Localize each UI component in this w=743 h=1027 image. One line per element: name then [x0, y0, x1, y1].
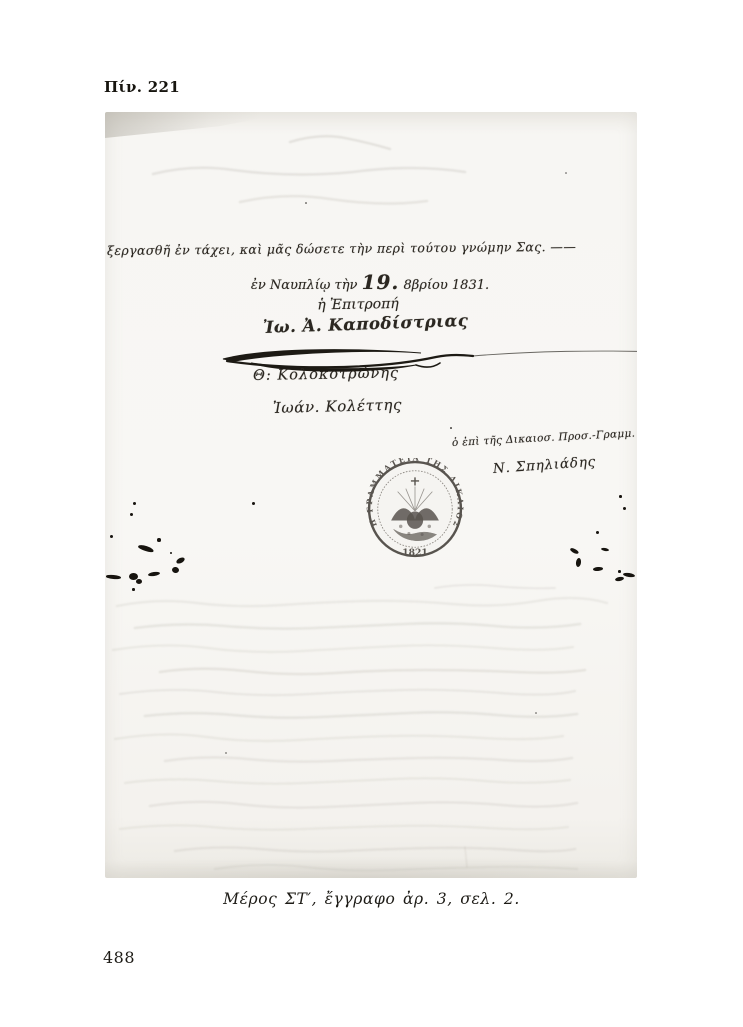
dateline-place: ἐν Ναυπλίῳ τὴν: [251, 278, 358, 293]
ink-blot: [623, 507, 626, 510]
ink-blot: [170, 552, 172, 554]
ink-blot: [305, 202, 307, 204]
ink-blot: [596, 531, 599, 534]
ink-blot: [136, 579, 142, 584]
ink-blot: [252, 502, 255, 505]
ink-blot: [110, 535, 113, 538]
ink-blot: [565, 172, 567, 174]
book-page: Πίν. 221: [0, 0, 743, 1027]
handwriting-signatory-title: ἡ Ἐπιτροπή: [283, 295, 433, 314]
handwriting-dateline: ἐν Ναυπλίῳ τὴν 19. 8βρίου 1831.: [233, 270, 507, 294]
dateline-month-year: 8βρίου 1831.: [404, 278, 490, 293]
dateline-day: 19.: [362, 270, 400, 294]
ink-blot: [535, 712, 537, 714]
photo-caption: Μέρος ΣΤ′, ἔγγραφο ἀρ. 3, σελ. 2.: [0, 890, 743, 908]
member-signature-1: Θ: Κολοκοτρώνης: [253, 365, 418, 384]
ink-blot: [132, 588, 135, 591]
ink-blot: [157, 538, 161, 542]
ink-blot: [133, 502, 136, 505]
seal-year: 1821: [402, 547, 428, 558]
page-number: 488: [103, 948, 135, 967]
ink-blot: [225, 752, 227, 754]
plate-label: Πίν. 221: [104, 78, 180, 96]
ink-blot: [130, 513, 133, 516]
document-photo: ξεργασθῆ ἐν τάχει, καὶ μᾶς δώσετε τὴν πε…: [105, 112, 637, 878]
official-seal: Η ΓΡΑΜΜΑΤΕΙΑ ΤΗΣ ΔΙΚΑΙΟΣΥΝΗΣ 1821: [364, 458, 466, 560]
ink-blot: [619, 495, 622, 498]
ink-blot: [618, 570, 621, 573]
ink-blot: [450, 427, 452, 429]
